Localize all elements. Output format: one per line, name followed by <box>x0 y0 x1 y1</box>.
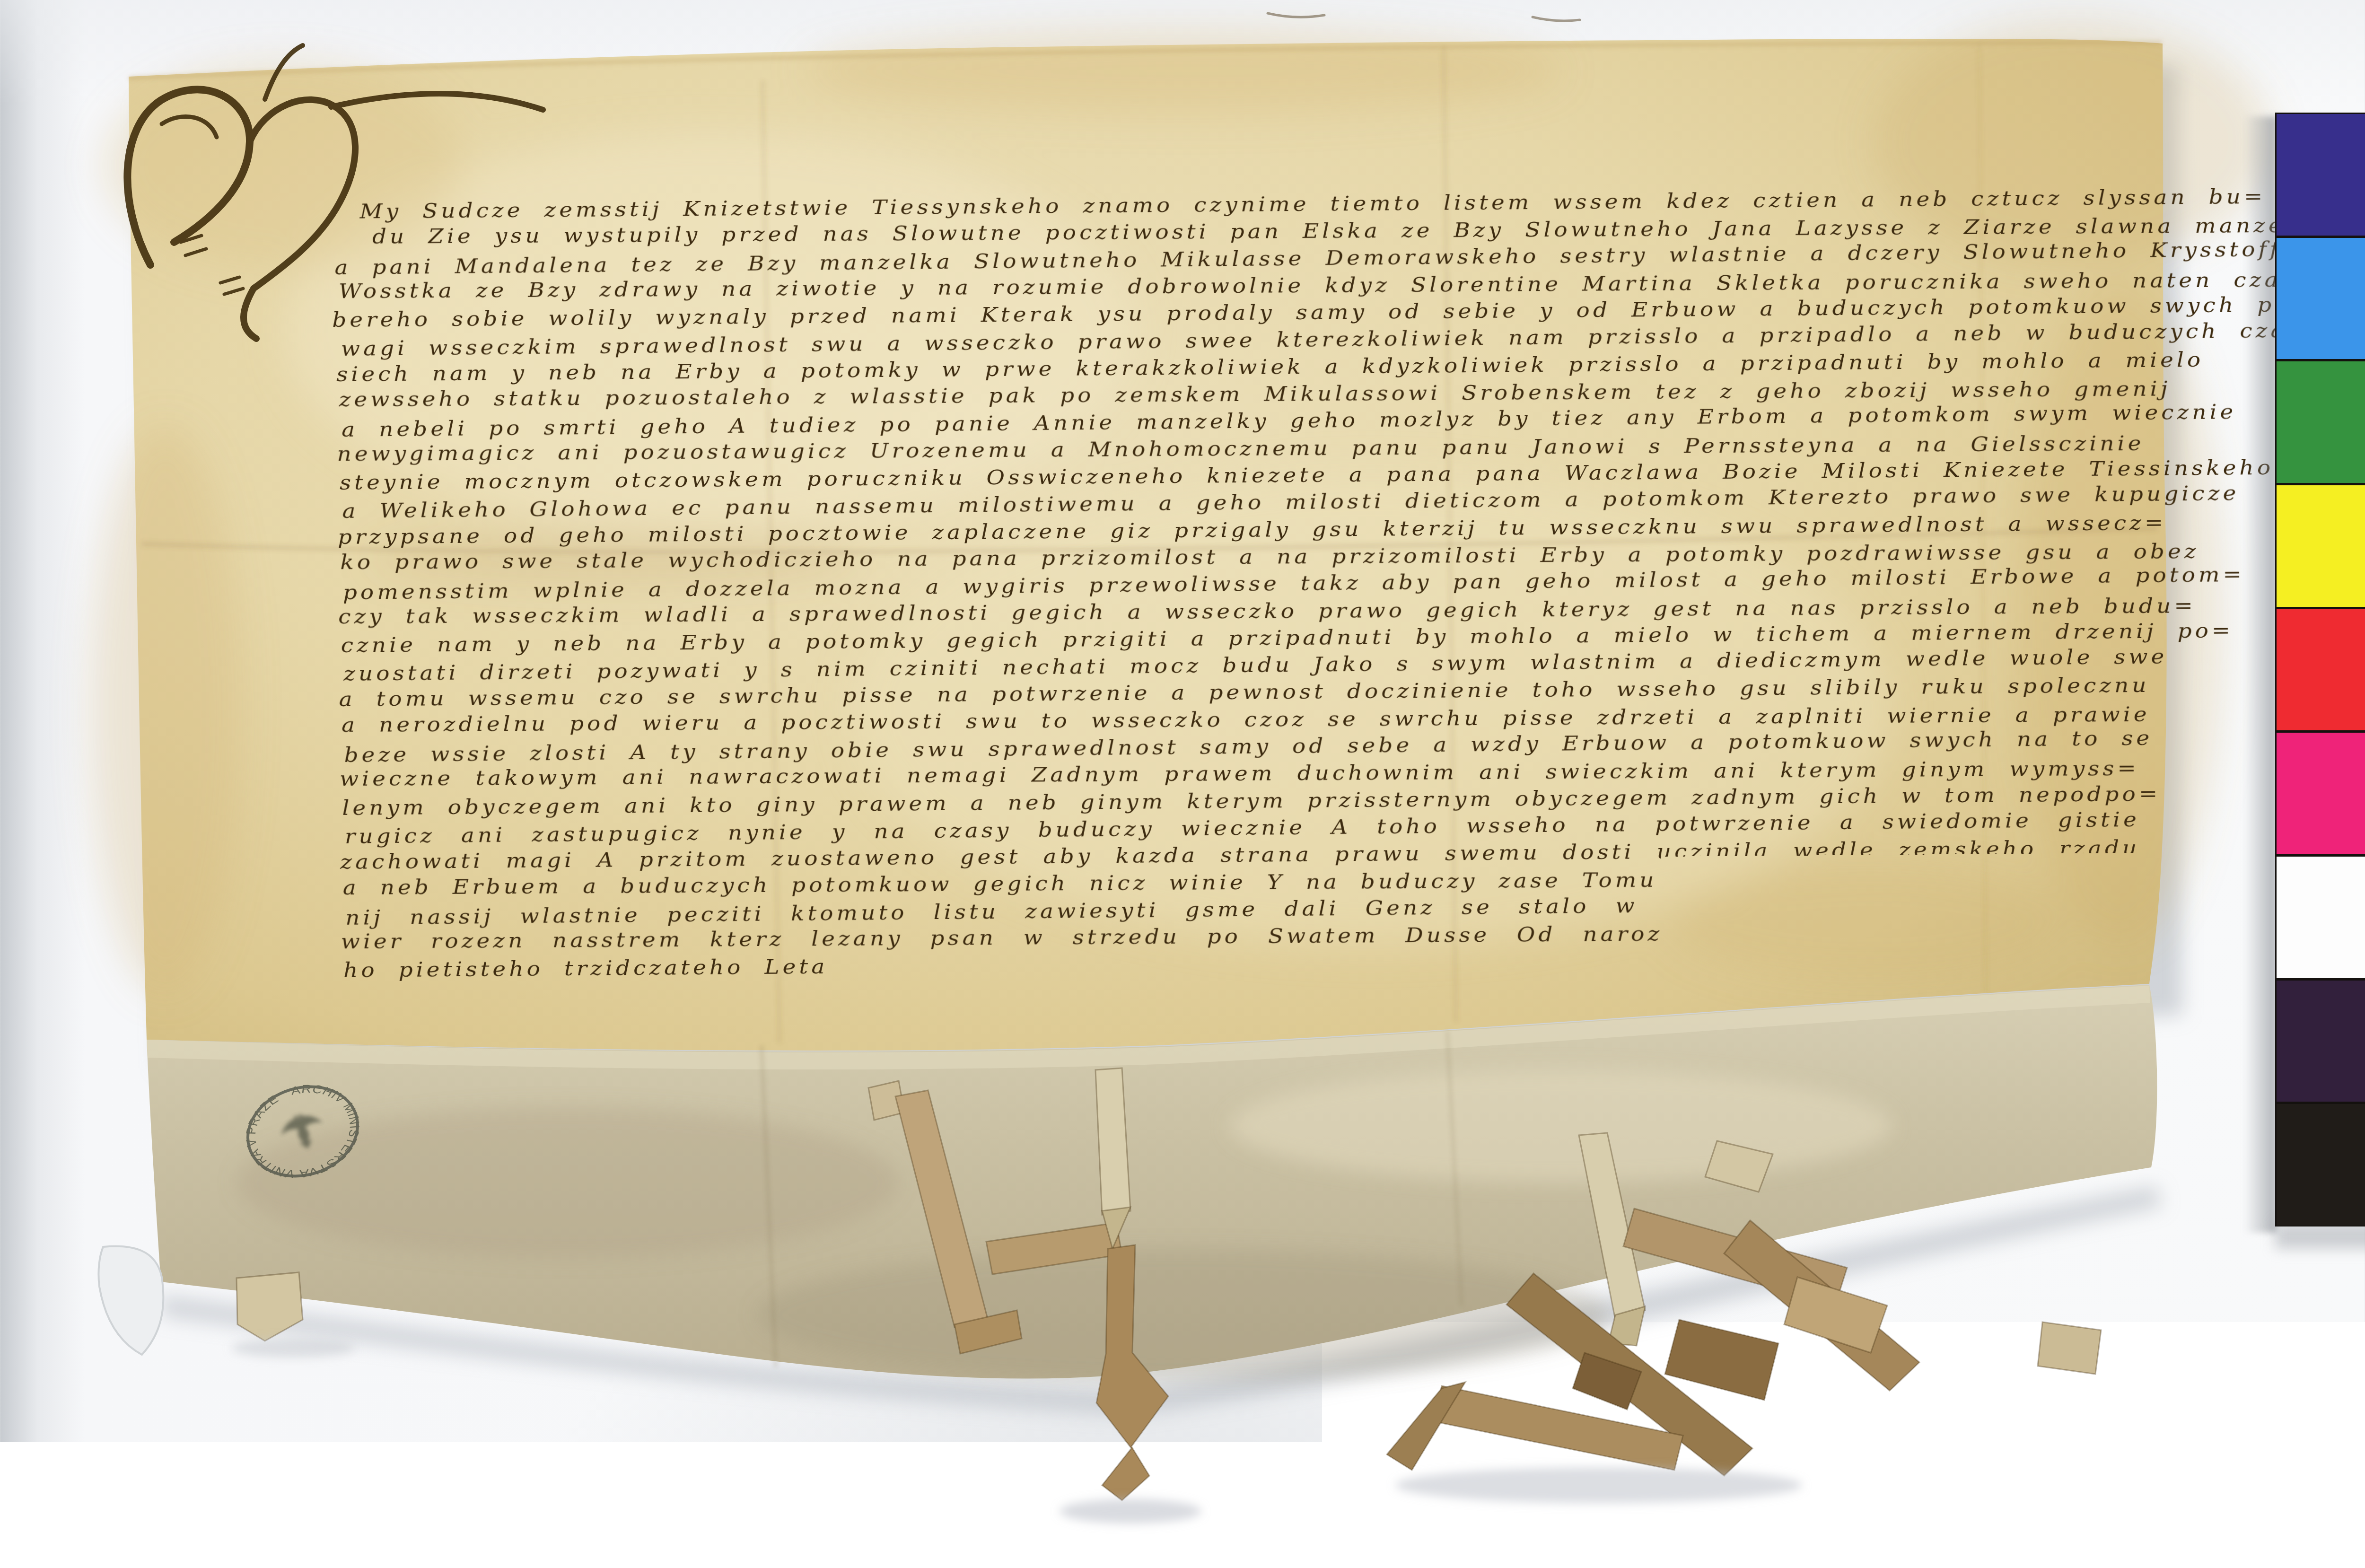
archival-photo: { "scene": { "backdrop_hex": "#f6f7f9", … <box>0 0 2365 1568</box>
patch-magenta-strong <box>2277 733 2365 854</box>
color-patches-grid <box>2275 113 2365 1226</box>
patch-3-color-strong <box>2277 981 2365 1102</box>
manuscript-text-block: My Sudcze zemsstij Knizetstwie Tiessynsk… <box>330 184 2141 1014</box>
patch-black-strong <box>2277 1104 2365 1226</box>
patch-white-full <box>2277 857 2365 978</box>
kodak-color-chart: BlueCyanGreenYellowRedMagentaWhite3/Colo… <box>2275 113 2365 1226</box>
patch-red-strong <box>2277 609 2365 731</box>
patch-blue-strong <box>2277 114 2365 236</box>
patch-yellow-strong <box>2277 485 2365 607</box>
patch-cyan-strong <box>2277 238 2365 359</box>
patch-green-strong <box>2277 361 2365 483</box>
torn-paper-piece <box>98 1246 163 1355</box>
chart-under-shadow <box>2275 1223 2365 1249</box>
chart-cast-shadow <box>2244 116 2277 1233</box>
